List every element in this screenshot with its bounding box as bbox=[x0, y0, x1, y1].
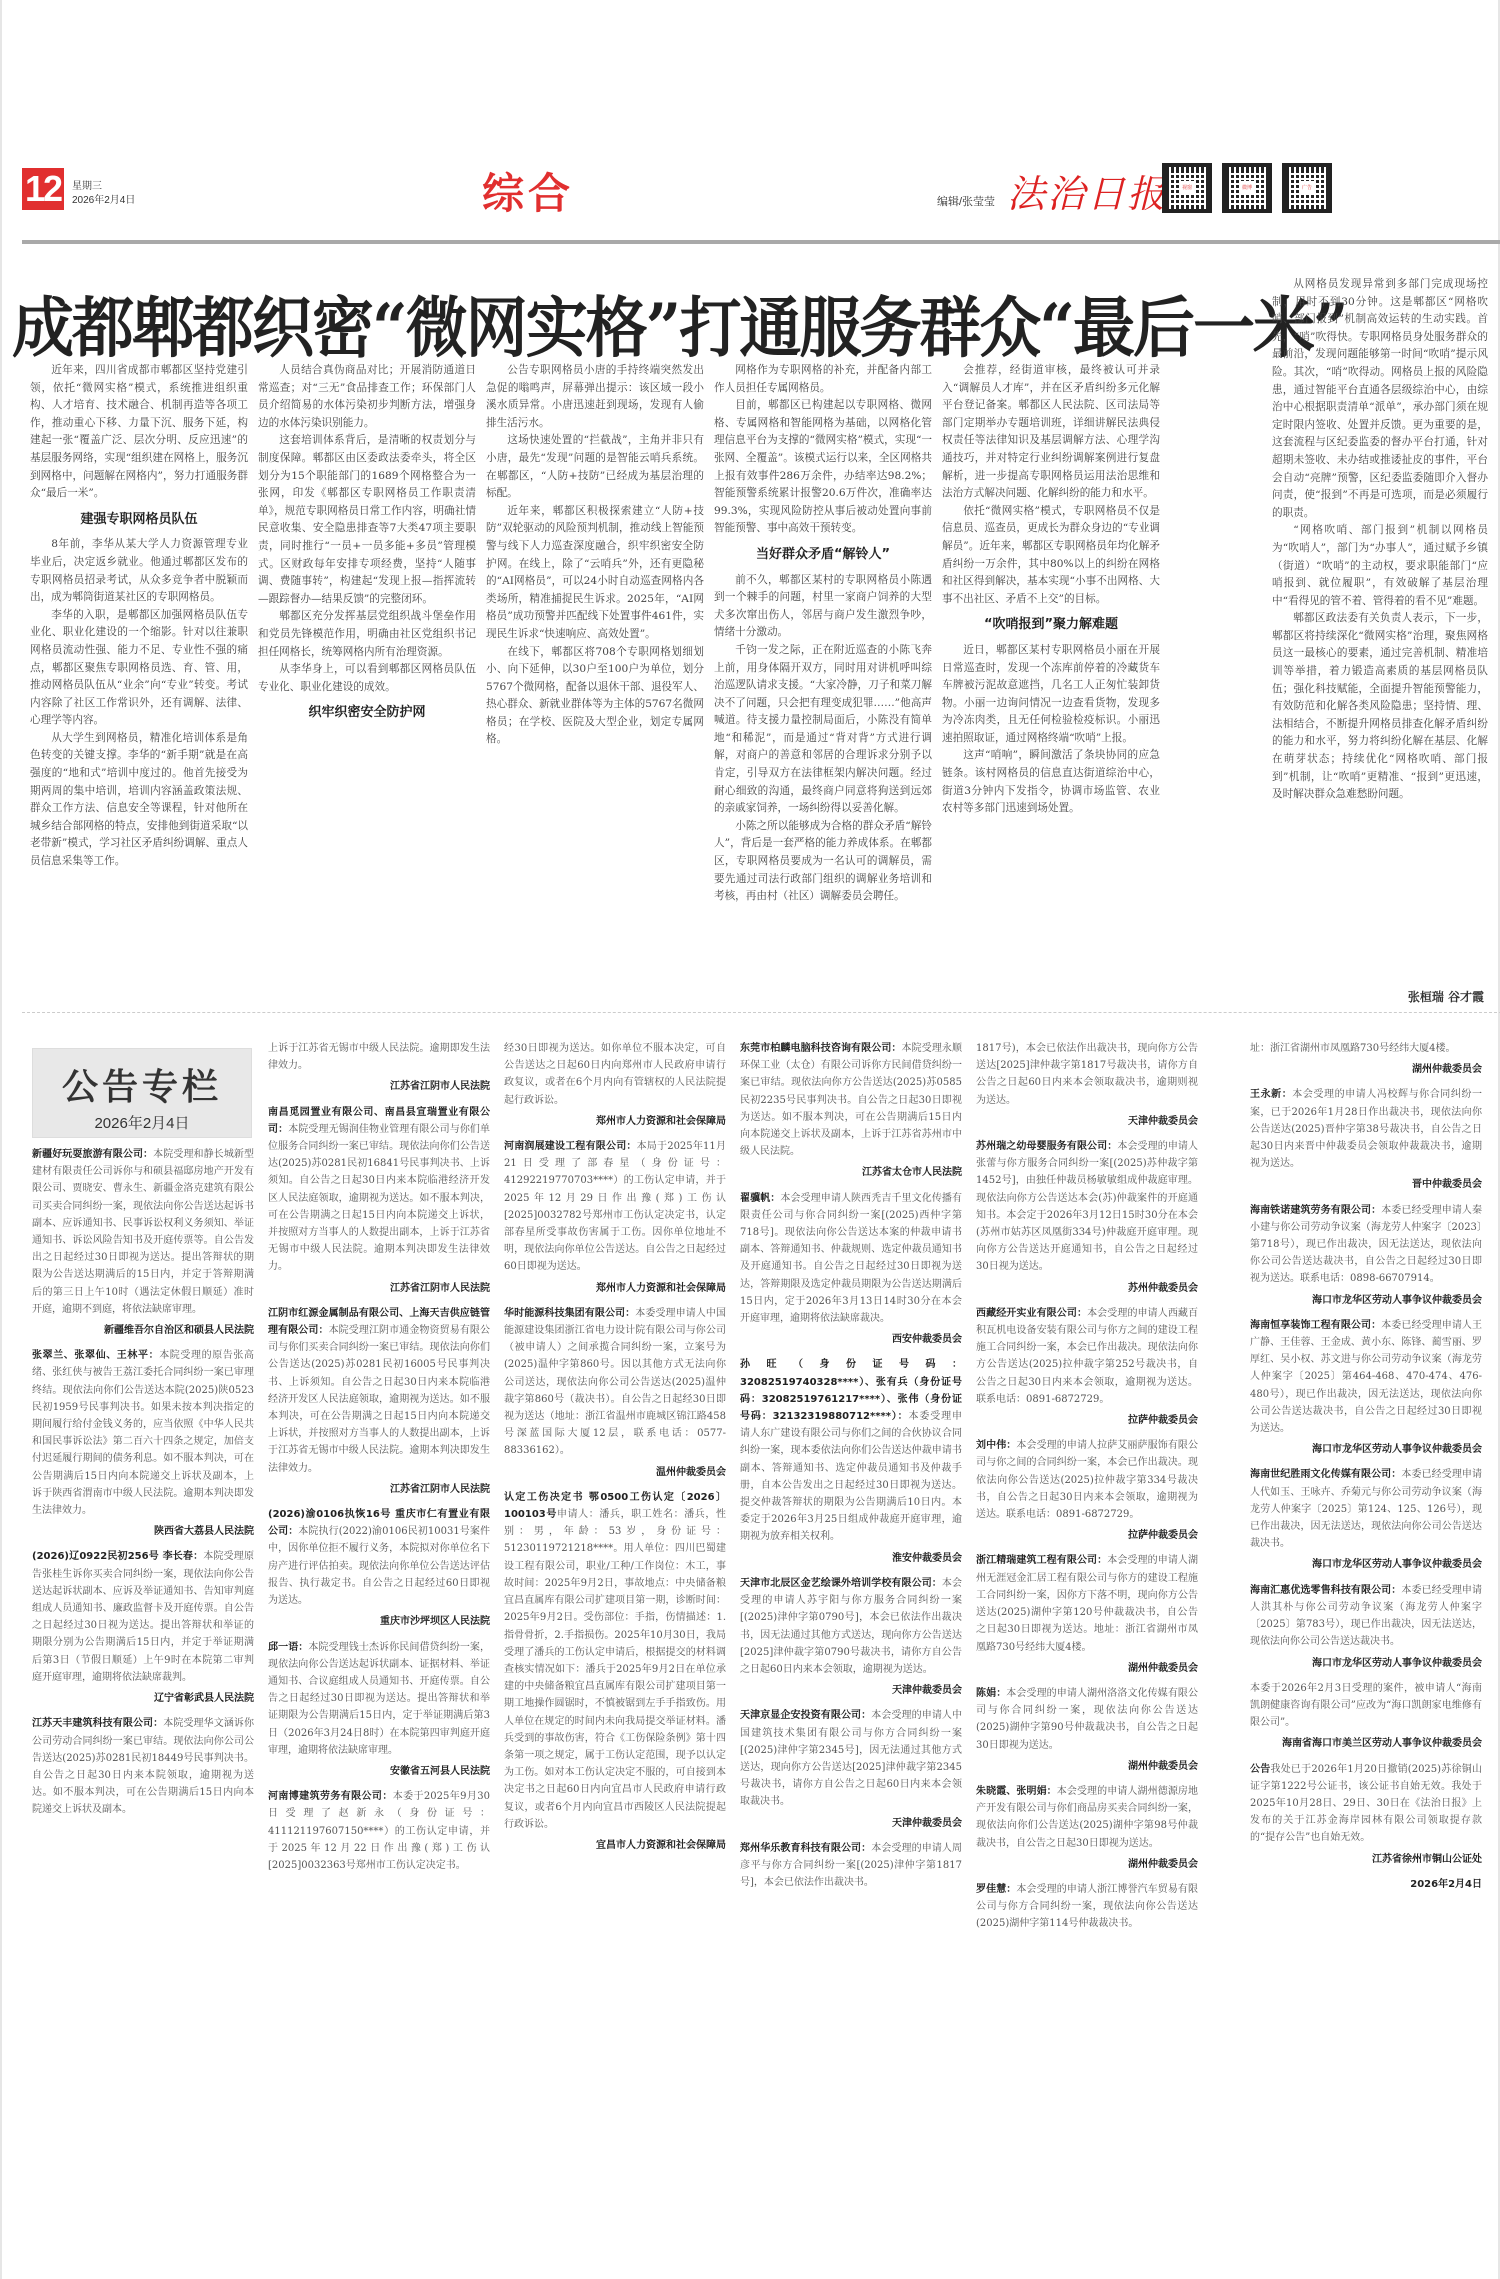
paragraph: 公告专职网格员小唐的手持终端突然发出急促的嗡鸣声，屏幕弹出提示：该区域一段小溪水… bbox=[486, 362, 704, 432]
notice-item: 海南汇惠优选零售科技有限公司：本委已经受理申请人洪其朴与你公司劳动争议案（海龙劳… bbox=[1250, 1582, 1482, 1651]
notice-item: 邱一语：本院受理钱士杰诉你民间借贷纠纷一案，现依法向你公告送达起诉状副本、证据材… bbox=[268, 1639, 490, 1759]
notice-body: 1817号)，本会已依法作出裁决书，现向你方公告送达[2025]津仲裁字第181… bbox=[976, 1043, 1198, 1106]
notice-body: 我处已于2026年1月20日撤销(2025)苏徐铜山证字第1222号公证书，该公… bbox=[1250, 1764, 1482, 1844]
notice-item: 经30日即视为送达。如你单位不服本决定，可自公告送达之日起60日内向郑州市人民政… bbox=[504, 1040, 726, 1109]
notice-body: 申请人：潘兵，职工姓名：潘兵，性别：男，年龄：53岁，身份证号：51230119… bbox=[504, 1509, 726, 1830]
notice-item: 翟骥帆：本会受理申请人陕西秃吉千里文化传播有限责任公司与你合同纠纷一案[(202… bbox=[740, 1190, 962, 1328]
paragraph: 网格作为专职网格的补充，并配备内部工作人员担任专属网格员。 bbox=[714, 362, 932, 397]
notice-signatory: 淮安仲裁委员会 bbox=[740, 1550, 962, 1567]
notice-party: 东莞市柏麟电脑科技咨询有限公司： bbox=[740, 1043, 902, 1054]
notice-item: 郑州华乐教育科技有限公司：本会受理的申请人周彦平与你方合同纠纷一案[(2025)… bbox=[740, 1840, 962, 1892]
notice-signatory: 江苏省徐州市铜山公证处 bbox=[1250, 1851, 1482, 1868]
notice-body: 本会受理的申请人西藏百积瓦机电设备安装有限公司与你方之间的建设工程施工合同纠纷一… bbox=[976, 1308, 1198, 1405]
notice-item: 海南恒享装饰工程有限公司：本委已经受理申请人王广静、王佳蓉、王金成、黄小东、陈锋… bbox=[1250, 1317, 1482, 1437]
notice-party: (2026)辽0922民初256号 李长春： bbox=[32, 1551, 203, 1562]
notice-signatory: 江苏省江阴市人民法院 bbox=[268, 1481, 490, 1498]
notice-item: 江苏天丰建筑科技有限公司：本院受理华文涵诉你公司劳动合同纠纷一案已审结。现依法向… bbox=[32, 1715, 254, 1818]
paragraph: 从网格员发现异常到多部门完成现场控制，用时不到30分钟。这是郫都区“网格吹哨、部… bbox=[1272, 276, 1488, 522]
notice-signatory: 天津仲裁委员会 bbox=[740, 1682, 962, 1699]
notice-body: 本院受理的原告张高绪、张红侠与被告王荔江委托合同纠纷一案已审理终结。现依法向你们… bbox=[32, 1350, 254, 1516]
notice-body: 本委受理申请人中国能源建设集团浙江省电力设计院有限公司与你公司（被申请人）之间承… bbox=[504, 1308, 726, 1457]
notice-body: 本会受理的申请人张蕾与你方服务合同纠纷一案[(2025)苏仲裁字第1452号]，… bbox=[976, 1141, 1198, 1272]
notice-party: 公告 bbox=[1250, 1764, 1270, 1775]
notice-column-2: 上诉于江苏省无锡市中级人民法院。逾期即发生法律效力。江苏省江阴市人民法院南昌觅园… bbox=[268, 1040, 490, 2266]
notice-body: 本会受理的申请人苏宇阳与你方服务合同纠纷一案[(2025)津仲字第0790号]，… bbox=[740, 1578, 962, 1675]
notice-signatory: 海口市龙华区劳动人事争议仲裁委员会 bbox=[1250, 1292, 1482, 1309]
notice-party: 罗佳慧： bbox=[976, 1884, 1016, 1895]
notice-signatory: 湖州仲裁委员会 bbox=[1250, 1061, 1482, 1078]
notice-signatory: 天津仲裁委员会 bbox=[976, 1113, 1198, 1130]
subheading: 建强专职网格员队伍 bbox=[30, 511, 248, 529]
paragraph: 8年前，李华从某大学人力资源管理专业毕业后，决定返乡就业。他通过郫都区发布的专职… bbox=[30, 536, 248, 606]
notice-party: 陈娟： bbox=[976, 1688, 1006, 1699]
notice-party: 邱一语： bbox=[268, 1642, 308, 1653]
notice-body: 本院执行(2022)渝0106民初10031号案件中，因你单位拒不履行义务，本院… bbox=[268, 1526, 490, 1606]
paragraph: 李华的入职，是郫都区加强网格员队伍专业化、职业化建设的一个缩影。针对以往兼职网格… bbox=[30, 607, 248, 730]
notice-item: 浙江精瑞建筑工程有限公司：本会受理的申请人湖州无涯冠金汇居工程有限公司与你方的建… bbox=[976, 1552, 1198, 1655]
section-title: 综合 bbox=[482, 161, 574, 221]
notice-body: 本院受理和静长城新型建材有限责任公司诉你与和硕县福邸房地产开发有限公司、贾晓安、… bbox=[32, 1149, 254, 1315]
notice-signatory: 宜昌市人力资源和社会保障局 bbox=[504, 1837, 726, 1854]
notice-signatory: 安徽省五河县人民法院 bbox=[268, 1763, 490, 1780]
notice-item: 公告我处已于2026年1月20日撤销(2025)苏徐铜山证字第1222号公证书，… bbox=[1250, 1761, 1482, 1847]
notice-party: 西藏经开实业有限公司： bbox=[976, 1308, 1087, 1319]
notice-item: 罗佳慧：本会受理的申请人浙江博誉汽车贸易有限公司与你方合同纠纷一案，现依法向你公… bbox=[976, 1881, 1198, 1933]
notice-item: 海南铁诺建筑劳务有限公司：本委已经受理申请人秦小建与你公司劳动争议案（海龙劳人仲… bbox=[1250, 1202, 1482, 1288]
paper-logo: 法治日报 bbox=[1007, 163, 1167, 218]
paragraph: 目前，郫都区已构建起以专职网格、微网格、专属网格和智能网格为基础，以网格化管理信… bbox=[714, 397, 932, 538]
notice-item: 孙旺（身份证号码：32082519740328****）、张有兵（身份证号码：3… bbox=[740, 1356, 962, 1545]
qr-code-group: 视窗 微博 广告 bbox=[1162, 163, 1332, 213]
notice-item: 陈娟：本会受理的申请人湖州洛洛文化传媒有限公司与你合同纠纷一案，现依法向你公告送… bbox=[976, 1685, 1198, 1754]
notice-item: 南昌觅园置业有限公司、南昌县宣瑞置业有限公司：本院受理无锡润佳物业管理有限公司与… bbox=[268, 1104, 490, 1276]
paragraph: 郫都区政法委有关负责人表示，下一步，郫都区将持续深化“微网实格”治理，聚焦网格员… bbox=[1272, 610, 1488, 804]
notice-column-header: 公告专栏 2026年2月4日 bbox=[32, 1048, 252, 1138]
notice-body: 本院受理永顺环保工业（太仓）有限公司诉你方民间借贷纠纷一案已审结。现依法向你方公… bbox=[740, 1043, 962, 1157]
qr-code-icon[interactable]: 视窗 bbox=[1162, 163, 1212, 213]
article-byline: 张桓瑞 谷才霞 bbox=[1408, 988, 1484, 1005]
notice-party: 海南世纪胜雨文化传媒有限公司： bbox=[1250, 1469, 1401, 1480]
paragraph: 这声“哨响”，瞬间激活了条块协同的应急链条。该村网格员的信息直达街道综治中心，街… bbox=[942, 747, 1160, 817]
article-column-1: 近年来，四川省成都市郫都区坚持党建引领，依托“微网实格”模式，系统推进组织重构、… bbox=[30, 362, 248, 1002]
issue-date: 2026年2月4日 bbox=[72, 194, 135, 208]
notice-body: 本委已经受理申请人王广静、王佳蓉、王金成、黄小东、陈锋、蔺雪丽、罗厚红、吴小权、… bbox=[1250, 1320, 1482, 1434]
notice-item: 认定工伤决定书 鄂0500工伤认定〔2026〕100103号申请人：潘兵，职工姓… bbox=[504, 1489, 726, 1833]
notice-body: 本会受理申请人陕西秃吉千里文化传播有限责任公司与你合同纠纷一案[(2025)西仲… bbox=[740, 1193, 962, 1324]
notice-item: 新疆好玩耍旅游有限公司：本院受理和静长城新型建材有限责任公司诉你与和硕县福邸房地… bbox=[32, 1146, 254, 1318]
subheading: “吹哨报到”聚力解难题 bbox=[942, 616, 1160, 634]
notice-party: 新疆好玩耍旅游有限公司： bbox=[32, 1149, 153, 1160]
paragraph: “网格吹哨、部门报到”机制以网格员为“吹哨人”，部门为“办事人”，通过赋予乡镇（… bbox=[1272, 522, 1488, 610]
notice-signatory: 新疆维吾尔自治区和硕县人民法院 bbox=[32, 1322, 254, 1339]
notice-body: 本院受理无锡润佳物业管理有限公司与你们单位服务合同纠纷一案已审结。现依法向你们公… bbox=[268, 1124, 490, 1273]
notice-item: 天津京显企安投资有限公司：本会受理的申请人中国建筑技术集团有限公司与你方合同纠纷… bbox=[740, 1707, 962, 1810]
notice-signatory: 郑州市人力资源和社会保障局 bbox=[504, 1280, 726, 1297]
notice-title: 公告专栏 bbox=[33, 1059, 251, 1110]
notice-body: 本委已经受理申请人代如玉、王咏卉、乔菊元与你公司劳动争议案（海龙劳人仲案字〔20… bbox=[1250, 1469, 1482, 1549]
notice-body: 本院受理钱士杰诉你民间借贷纠纷一案，现依法向你公告送达起诉状副本、证据材料、举证… bbox=[268, 1642, 490, 1756]
notice-body: 本委受理申请人东广建设有限公司与你们之间的合伙协议合同纠纷一案，现本委依法向你们… bbox=[740, 1411, 962, 1542]
notice-party: 浙江精瑞建筑工程有限公司： bbox=[976, 1555, 1107, 1566]
notice-party: 海南汇惠优选零售科技有限公司： bbox=[1250, 1585, 1401, 1596]
notice-signatory: 海口市龙华区劳动人事争议仲裁委员会 bbox=[1250, 1655, 1482, 1672]
notice-signatory: 重庆市沙坪坝区人民法院 bbox=[268, 1613, 490, 1630]
article-column-6: 从网格员发现异常到多部门完成现场控制，用时不到30分钟。这是郫都区“网格吹哨、部… bbox=[1272, 276, 1488, 986]
notice-party: 张翠兰、张翠仙、王林平： bbox=[32, 1350, 159, 1361]
qr-label: 微博 bbox=[1240, 181, 1254, 195]
notice-party: 天津市北辰区金艺绘课外培训学校有限公司： bbox=[740, 1578, 942, 1589]
notice-body: 址：浙江省湖州市凤凰路730号经纬大厦4楼。 bbox=[1250, 1043, 1455, 1054]
notice-signatory: 海南省海口市美兰区劳动人事争议仲裁委员会 bbox=[1250, 1735, 1482, 1752]
notice-signatory: 温州仲裁委员会 bbox=[504, 1464, 726, 1481]
article-column-3: 公告专职网格员小唐的手持终端突然发出急促的嗡鸣声，屏幕弹出提示：该区域一段小溪水… bbox=[486, 362, 704, 1002]
notice-party: 河南博建筑劳务有限公司： bbox=[268, 1791, 393, 1802]
notice-item: 1817号)，本会已依法作出裁决书，现向你方公告送达[2025]津仲裁字第181… bbox=[976, 1040, 1198, 1109]
notice-body: 本会受理的申请人中国建筑技术集团有限公司与你方合同纠纷一案[(2025)津仲字第… bbox=[740, 1710, 962, 1807]
article-headline: 成都郫都织密“微网实格”打通服务群众“最后一米” bbox=[12, 276, 1347, 369]
notice-item: (2026)渝0106执恢16号 重庆市仁有置业有限公司：本院执行(2022)渝… bbox=[268, 1506, 490, 1609]
subheading: 织牢织密安全防护网 bbox=[258, 704, 476, 722]
notice-column-6: 址：浙江省湖州市凤凰路730号经纬大厦4楼。湖州仲裁委员会王永新：本会受理的申请… bbox=[1250, 1040, 1482, 2266]
page-number: 12 bbox=[22, 168, 64, 210]
notice-party: 苏州瑞之幼母婴服务有限公司： bbox=[976, 1141, 1117, 1152]
notice-body: 本会受理的申请人拉萨艾丽萨服饰有限公司与你之间的合同纠纷一案，本会已作出裁决。现… bbox=[976, 1440, 1198, 1520]
notice-body: 本会受理的申请人湖州洛洛文化传媒有限公司与你合同纠纷一案，现依法向你公告送达(2… bbox=[976, 1688, 1198, 1751]
newspaper-page: 12 星期三 2026年2月4日 综合 编辑/张莹莹 法治日报 视窗 微博 广告… bbox=[0, 0, 1500, 2279]
notice-date: 2026年2月4日 bbox=[33, 1112, 251, 1133]
paragraph: 会推荐，经街道审核，最终被认可并录入“调解员人才库”，并在区矛盾纠纷多元化解平台… bbox=[942, 362, 1160, 503]
notice-signatory: 西安仲裁委员会 bbox=[740, 1331, 962, 1348]
notice-signatory: 郑州市人力资源和社会保障局 bbox=[504, 1113, 726, 1130]
notice-body: 本院受理江阴市通金物资贸易有限公司与你们买卖合同纠纷一案已审结。现依法向你们公告… bbox=[268, 1325, 490, 1474]
paragraph: 依托“微网实格”模式，专职网格员不仅是信息员、巡查员，更成长为群众身边的“专业调… bbox=[942, 503, 1160, 609]
paragraph: 前不久，郫都区某村的专职网格员小陈遇到一个棘手的问题，村里一家商户饲养的大型犬多… bbox=[714, 572, 932, 642]
notice-signatory: 陕西省大荔县人民法院 bbox=[32, 1523, 254, 1540]
notice-signed-date: 2026年2月4日 bbox=[1250, 1876, 1482, 1893]
notice-party: 翟骥帆： bbox=[740, 1193, 780, 1204]
notice-column-4: 东莞市柏麟电脑科技咨询有限公司：本院受理永顺环保工业（太仓）有限公司诉你方民间借… bbox=[740, 1040, 962, 2266]
paragraph: 小陈之所以能够成为合格的群众矛盾“解铃人”，背后是一套严格的能力养成体系。在郫都… bbox=[714, 818, 932, 906]
notice-item: 河南润展建设工程有限公司：本局于2025年11月21日受理了部春星（身份证号：4… bbox=[504, 1138, 726, 1276]
notice-signatory: 江苏省江阴市人民法院 bbox=[268, 1078, 490, 1095]
article-column-2: 人员结合真伪商品对比；开展消防通道日常巡查；对“三无”食品排查工作；环保部门人员… bbox=[258, 362, 476, 1002]
notice-item: 本委于2026年2月3日受理的案件，被申请人“海南凯朗健康咨询有限公司”应改为“… bbox=[1250, 1680, 1482, 1732]
notice-signatory: 海口市龙华区劳动人事争议仲裁委员会 bbox=[1250, 1441, 1482, 1458]
notice-signatory: 拉萨仲裁委员会 bbox=[976, 1412, 1198, 1429]
paragraph: 近日，郫都区某村专职网格员小丽在开展日常巡查时，发现一个冻库前停着的冷藏货车车牌… bbox=[942, 642, 1160, 748]
article-column-4: 网格作为专职网格的补充，并配备内部工作人员担任专属网格员。 目前，郫都区已构建起… bbox=[714, 362, 932, 1002]
notice-item: 上诉于江苏省无锡市中级人民法院。逾期即发生法律效力。 bbox=[268, 1040, 490, 1074]
notice-body: 上诉于江苏省无锡市中级人民法院。逾期即发生法律效力。 bbox=[268, 1043, 490, 1071]
notice-signatory: 苏州仲裁委员会 bbox=[976, 1280, 1198, 1297]
notice-body: 本委于2025年9月30日受理了赵新永（身份证号：411121197607150… bbox=[268, 1791, 490, 1871]
notice-item: 朱晓霞、张明娟：本会受理的申请人湖州德源房地产开发有限公司与你们商品房买卖合同纠… bbox=[976, 1783, 1198, 1852]
notice-body: 本委于2026年2月3日受理的案件，被申请人“海南凯朗健康咨询有限公司”应改为“… bbox=[1250, 1683, 1482, 1728]
notice-signatory: 湖州仲裁委员会 bbox=[976, 1660, 1198, 1677]
notice-body: 本局于2025年11月21日受理了部春星（身份证号：41292219770703… bbox=[504, 1141, 726, 1272]
paragraph: 千钧一发之际，正在附近巡查的小陈飞奔上前，用身体隔开双方，同时用对讲机呼叫综治巡… bbox=[714, 642, 932, 818]
notice-signatory: 湖州仲裁委员会 bbox=[976, 1758, 1198, 1775]
notice-item: (2026)辽0922民初256号 李长春：本院受理原告张桂生诉你买卖合同纠纷一… bbox=[32, 1548, 254, 1686]
subheading: 当好群众矛盾“解铃人” bbox=[714, 546, 932, 564]
notice-item: 址：浙江省湖州市凤凰路730号经纬大厦4楼。 bbox=[1250, 1040, 1482, 1057]
paragraph: 从李华身上，可以看到郫都区网格员队伍专业化、职业化建设的成效。 bbox=[258, 661, 476, 696]
notice-body: 本院受理华文涵诉你公司劳动合同纠纷一案已审结。现依法向你公司公告送达(2025)… bbox=[32, 1718, 254, 1815]
notice-signatory: 晋中仲裁委员会 bbox=[1250, 1176, 1482, 1193]
paragraph: 在线下，郫都区将708个专职网格划细划小、向下延伸，以30户至100户为单位，划… bbox=[486, 644, 704, 750]
article-column-5: 会推荐，经街道审核，最终被认可并录入“调解员人才库”，并在区矛盾纠纷多元化解平台… bbox=[942, 362, 1160, 1002]
paragraph: 从大学生到网格员，精准化培训体系是角色转变的关键支撑。李华的“新手期”就是在高强… bbox=[30, 730, 248, 871]
notice-signatory: 江苏省太仓市人民法院 bbox=[740, 1164, 962, 1181]
notice-party: 天津京显企安投资有限公司： bbox=[740, 1710, 871, 1721]
notice-party: 海南铁诺建筑劳务有限公司： bbox=[1250, 1205, 1381, 1216]
notice-signatory: 海口市龙华区劳动人事争议仲裁委员会 bbox=[1250, 1556, 1482, 1573]
notice-signatory: 拉萨仲裁委员会 bbox=[976, 1527, 1198, 1544]
qr-label: 广告 bbox=[1300, 181, 1314, 195]
qr-code-icon[interactable]: 微博 bbox=[1222, 163, 1272, 213]
notice-item: 河南博建筑劳务有限公司：本委于2025年9月30日受理了赵新永（身份证号：411… bbox=[268, 1788, 490, 1874]
paragraph: 近年来，郫都区积极探索建立“人防+技防”双轮驱动的风险预判机制，推动线上智能预警… bbox=[486, 503, 704, 644]
notice-body: 本委已经受理申请人秦小建与你公司劳动争议案（海龙劳人仲案字〔2023〕第718号… bbox=[1250, 1205, 1482, 1285]
notice-item: 东莞市柏麟电脑科技咨询有限公司：本院受理永顺环保工业（太仓）有限公司诉你方民间借… bbox=[740, 1040, 962, 1160]
notice-signatory: 江苏省江阴市人民法院 bbox=[268, 1280, 490, 1297]
notice-item: 西藏经开实业有限公司：本会受理的申请人西藏百积瓦机电设备安装有限公司与你方之间的… bbox=[976, 1305, 1198, 1408]
notice-item: 张翠兰、张翠仙、王林平：本院受理的原告张高绪、张红侠与被告王荔江委托合同纠纷一案… bbox=[32, 1347, 254, 1519]
masthead-rule bbox=[22, 240, 1500, 244]
notice-item: 天津市北辰区金艺绘课外培训学校有限公司：本会受理的申请人苏宇阳与你方服务合同纠纷… bbox=[740, 1575, 962, 1678]
notice-body: 本会受理的申请人冯校辉与你合同纠纷一案，已于2026年1月28日作出裁决书，现依… bbox=[1250, 1089, 1482, 1169]
notice-body: 本院受理原告张桂生诉你买卖合同纠纷一案，现依法向你公告送达起诉状副本、应诉及举证… bbox=[32, 1551, 254, 1682]
notice-party: 刘中伟： bbox=[976, 1440, 1016, 1451]
notice-signatory: 湖州仲裁委员会 bbox=[976, 1856, 1198, 1873]
notice-party: 海南恒享装饰工程有限公司： bbox=[1250, 1320, 1381, 1331]
paragraph: 人员结合真伪商品对比；开展消防通道日常巡查；对“三无”食品排查工作；环保部门人员… bbox=[258, 362, 476, 432]
section-divider bbox=[22, 1012, 1500, 1013]
notice-signatory: 天津仲裁委员会 bbox=[740, 1815, 962, 1832]
paragraph: 郫都区充分发挥基层党组织战斗堡垒作用和党员先锋模范作用，明确由社区党组织书记担任… bbox=[258, 608, 476, 661]
paragraph: 这场快速处置的“拦截战”，主角并非只有小唐，最先“发现”问题的是智能云哨兵系统。… bbox=[486, 432, 704, 502]
issue-meta: 星期三 2026年2月4日 bbox=[72, 180, 135, 208]
notice-party: 河南润展建设工程有限公司： bbox=[504, 1141, 637, 1152]
notice-party: 江苏天丰建筑科技有限公司： bbox=[32, 1718, 163, 1729]
qr-label: 视窗 bbox=[1180, 181, 1194, 195]
notice-column-3: 经30日即视为送达。如你单位不服本决定，可自公告送达之日起60日内向郑州市人民政… bbox=[504, 1040, 726, 2266]
notice-item: 江阴市红源金属制品有限公司、上海天吉供应链管理有限公司：本院受理江阴市通金物资贸… bbox=[268, 1305, 490, 1477]
notice-column-1: 新疆好玩耍旅游有限公司：本院受理和静长城新型建材有限责任公司诉你与和硕县福邸房地… bbox=[32, 1146, 254, 2266]
notice-column-5: 1817号)，本会已依法作出裁决书，现向你方公告送达[2025]津仲裁字第181… bbox=[976, 1040, 1198, 2266]
notice-item: 刘中伟：本会受理的申请人拉萨艾丽萨服饰有限公司与你之间的合同纠纷一案，本会已作出… bbox=[976, 1437, 1198, 1523]
weekday: 星期三 bbox=[72, 180, 135, 194]
qr-code-icon[interactable]: 广告 bbox=[1282, 163, 1332, 213]
masthead: 12 星期三 2026年2月4日 综合 编辑/张莹莹 法治日报 视窗 微博 广告 bbox=[22, 165, 1500, 220]
notice-party: 朱晓霞、张明娟： bbox=[976, 1786, 1057, 1797]
notice-signatory: 辽宁省彰武县人民法院 bbox=[32, 1690, 254, 1707]
notice-body: 经30日即视为送达。如你单位不服本决定，可自公告送达之日起60日内向郑州市人民政… bbox=[504, 1043, 726, 1106]
notice-party: 华时能源科技集团有限公司： bbox=[504, 1308, 635, 1319]
notice-item: 华时能源科技集团有限公司：本委受理申请人中国能源建设集团浙江省电力设计院有限公司… bbox=[504, 1305, 726, 1460]
notice-item: 苏州瑞之幼母婴服务有限公司：本会受理的申请人张蕾与你方服务合同纠纷一案[(202… bbox=[976, 1138, 1198, 1276]
notice-party: 王永新： bbox=[1250, 1089, 1292, 1100]
paragraph: 近年来，四川省成都市郫都区坚持党建引领，依托“微网实格”模式，系统推进组织重构、… bbox=[30, 362, 248, 503]
notice-body: 本会受理的申请人湖州无涯冠金汇居工程有限公司与你方的建设工程施工合同纠纷一案，因… bbox=[976, 1555, 1198, 1652]
notice-item: 海南世纪胜雨文化传媒有限公司：本委已经受理申请人代如玉、王咏卉、乔菊元与你公司劳… bbox=[1250, 1466, 1482, 1552]
editor-credit: 编辑/张莹莹 bbox=[937, 193, 995, 209]
notice-party: 郑州华乐教育科技有限公司： bbox=[740, 1843, 871, 1854]
notice-item: 王永新：本会受理的申请人冯校辉与你合同纠纷一案，已于2026年1月28日作出裁决… bbox=[1250, 1086, 1482, 1172]
paragraph: 这套培训体系背后，是清晰的权责划分与制度保障。郫都区由区委政法委牵头，将全区划分… bbox=[258, 432, 476, 608]
